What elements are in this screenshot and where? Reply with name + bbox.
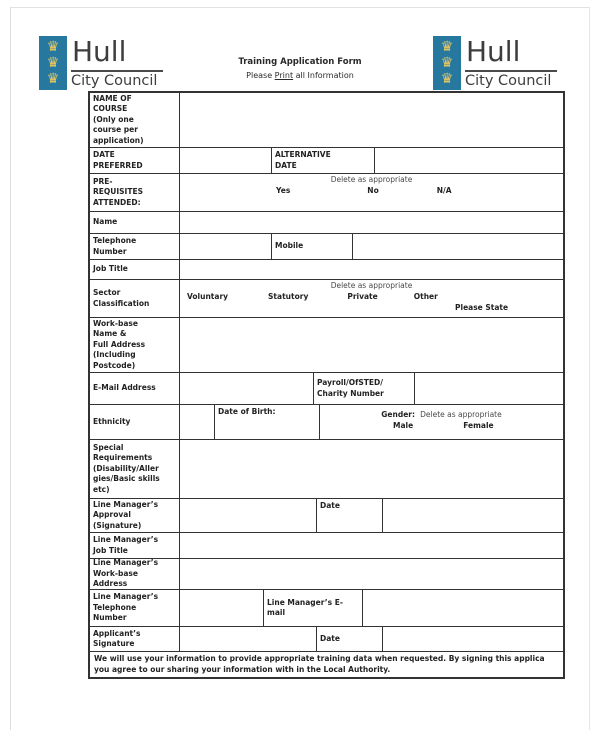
- logo-subname: City Council: [465, 72, 557, 90]
- row-line-manager-job-title: Line Manager’s Job Title: [90, 533, 563, 559]
- alternative-date-field[interactable]: [375, 148, 563, 173]
- sector-hint: Delete as appropriate: [183, 281, 560, 291]
- subtitle-print-word: Print: [275, 71, 293, 80]
- form-title: Training Application Form: [150, 57, 450, 67]
- prerequisites-option-na[interactable]: N/A: [437, 185, 452, 196]
- sector-classification-label: Sector Classification: [90, 280, 180, 317]
- row-workbase-address: Work-base Name & Full Address (Including…: [90, 318, 563, 373]
- row-course-name: NAME OF COURSE (Only one course per appl…: [90, 93, 563, 148]
- payroll-number-label: Payroll/OfSTED/ Charity Number: [314, 373, 415, 404]
- special-requirements-field[interactable]: [180, 440, 563, 498]
- telephone-label: Telephone Number: [90, 234, 180, 259]
- mobile-label: Mobile: [272, 234, 353, 259]
- line-manager-email-label: Line Manager’s E- mail: [264, 590, 363, 626]
- row-special-requirements: Special Requirements (Disability/Aller g…: [90, 440, 563, 499]
- date-preferred-label: DATE PREFERRED: [90, 148, 180, 173]
- sector-option-private[interactable]: Private: [347, 291, 377, 302]
- alternative-date-label: ALTERNATIVE DATE: [272, 148, 375, 173]
- row-prerequisites: PRE- REQUISITES ATTENDED: Delete as appr…: [90, 174, 563, 212]
- approval-date-field[interactable]: [383, 499, 563, 532]
- row-email: E-Mail Address Payroll/OfSTED/ Charity N…: [90, 373, 563, 405]
- special-requirements-label: Special Requirements (Disability/Aller g…: [90, 440, 180, 498]
- subtitle-pre: Please: [246, 71, 272, 80]
- three-crowns-icon: ♛ ♛ ♛: [39, 36, 67, 90]
- prerequisites-field[interactable]: Delete as appropriate Yes No N/A: [180, 174, 563, 211]
- crown-icon: ♛: [441, 71, 454, 87]
- sector-classification-field[interactable]: Delete as appropriate Voluntary Statutor…: [180, 280, 563, 317]
- row-job-title: Job Title: [90, 260, 563, 280]
- sector-option-statutory[interactable]: Statutory: [268, 291, 308, 302]
- job-title-label: Job Title: [90, 260, 180, 279]
- gender-option-female[interactable]: Female: [463, 420, 493, 431]
- signature-date-label: Date: [317, 627, 383, 651]
- hull-city-council-logo-right: ♛ ♛ ♛ Hull City Council: [433, 36, 557, 90]
- course-name-field[interactable]: [180, 93, 563, 147]
- approval-date-label: Date: [317, 499, 383, 532]
- line-manager-telephone-label: Line Manager’s Telephone Number: [90, 590, 180, 626]
- logo-name: Hull: [465, 36, 557, 72]
- gender-header: Gender: Delete as appropriate: [323, 406, 560, 420]
- sector-please-state-note: Please State: [455, 302, 560, 313]
- prerequisites-hint: Delete as appropriate: [183, 175, 560, 185]
- privacy-notice-line1: We will use your information to provide …: [94, 654, 559, 665]
- name-field[interactable]: [180, 212, 563, 233]
- row-line-manager-approval: Line Manager’s Approval (Signature) Date: [90, 499, 563, 533]
- form-subtitle: Please Print all Information: [150, 71, 450, 80]
- line-manager-workbase-field[interactable]: [180, 559, 563, 589]
- telephone-field[interactable]: [180, 234, 272, 259]
- line-manager-workbase-label: Line Manager’s Work-base Address: [90, 559, 180, 589]
- applicant-signature-label: Applicant’s Signature: [90, 627, 180, 651]
- workbase-address-field[interactable]: [180, 318, 563, 372]
- crown-icon: ♛: [441, 39, 454, 55]
- prerequisites-option-yes[interactable]: Yes: [276, 185, 290, 196]
- crown-icon: ♛: [47, 71, 60, 87]
- row-privacy-notice: We will use your information to provide …: [90, 652, 563, 677]
- subtitle-post: all Information: [296, 71, 354, 80]
- prerequisites-option-no[interactable]: No: [367, 185, 378, 196]
- logo-text: Hull City Council: [465, 36, 557, 90]
- line-manager-job-title-field[interactable]: [180, 533, 563, 558]
- signature-date-field[interactable]: [383, 627, 563, 651]
- prerequisites-options: Yes No N/A: [183, 185, 560, 196]
- gender-field[interactable]: Gender: Delete as appropriate Male Femal…: [320, 405, 563, 439]
- workbase-address-label: Work-base Name & Full Address (Including…: [90, 318, 180, 372]
- three-crowns-icon: ♛ ♛ ♛: [433, 36, 461, 90]
- row-applicant-signature: Applicant’s Signature Date: [90, 627, 563, 652]
- ethnicity-field[interactable]: [180, 405, 215, 439]
- gender-options: Male Female: [323, 420, 560, 431]
- crown-icon: ♛: [47, 55, 60, 71]
- row-line-manager-workbase: Line Manager’s Work-base Address: [90, 559, 563, 590]
- privacy-notice-line2: you agree to our sharing your informatio…: [94, 665, 559, 676]
- line-manager-signature-field[interactable]: [180, 499, 317, 532]
- sector-options: Voluntary Statutory Private Other: [183, 291, 560, 302]
- email-label: E-Mail Address: [90, 373, 180, 404]
- course-name-label: NAME OF COURSE (Only one course per appl…: [90, 93, 180, 147]
- mobile-field[interactable]: [353, 234, 563, 259]
- gender-hint: Delete as appropriate: [420, 410, 502, 419]
- row-dates: DATE PREFERRED ALTERNATIVE DATE: [90, 148, 563, 174]
- prerequisites-label: PRE- REQUISITES ATTENDED:: [90, 174, 180, 211]
- ethnicity-label: Ethnicity: [90, 405, 180, 439]
- training-application-form-page: ♛ ♛ ♛ Hull City Council Training Applica…: [0, 0, 600, 730]
- line-manager-approval-label: Line Manager’s Approval (Signature): [90, 499, 180, 532]
- form-title-block: Training Application Form Please Print a…: [150, 57, 450, 80]
- gender-option-male[interactable]: Male: [393, 420, 413, 431]
- payroll-number-field[interactable]: [415, 373, 563, 404]
- row-name: Name: [90, 212, 563, 234]
- row-line-manager-telephone: Line Manager’s Telephone Number Line Man…: [90, 590, 563, 627]
- line-manager-telephone-field[interactable]: [180, 590, 264, 626]
- row-telephone: Telephone Number Mobile: [90, 234, 563, 260]
- hull-city-council-logo-left: ♛ ♛ ♛ Hull City Council: [39, 36, 163, 90]
- sector-option-other[interactable]: Other: [414, 291, 438, 302]
- privacy-notice: We will use your information to provide …: [90, 652, 563, 677]
- job-title-field[interactable]: [180, 260, 563, 279]
- application-form-table: NAME OF COURSE (Only one course per appl…: [88, 91, 565, 679]
- line-manager-email-field[interactable]: [363, 590, 563, 626]
- date-preferred-field[interactable]: [180, 148, 272, 173]
- sector-option-voluntary[interactable]: Voluntary: [187, 291, 228, 302]
- row-ethnicity-dob-gender: Ethnicity Date of Birth: Gender: Delete …: [90, 405, 563, 440]
- applicant-signature-field[interactable]: [180, 627, 317, 651]
- name-label: Name: [90, 212, 180, 233]
- crown-icon: ♛: [441, 55, 454, 71]
- row-sector-classification: Sector Classification Delete as appropri…: [90, 280, 563, 318]
- date-of-birth-label[interactable]: Date of Birth:: [215, 405, 320, 439]
- line-manager-job-title-label: Line Manager’s Job Title: [90, 533, 180, 558]
- gender-label: Gender:: [381, 410, 415, 419]
- email-field[interactable]: [180, 373, 314, 404]
- crown-icon: ♛: [47, 39, 60, 55]
